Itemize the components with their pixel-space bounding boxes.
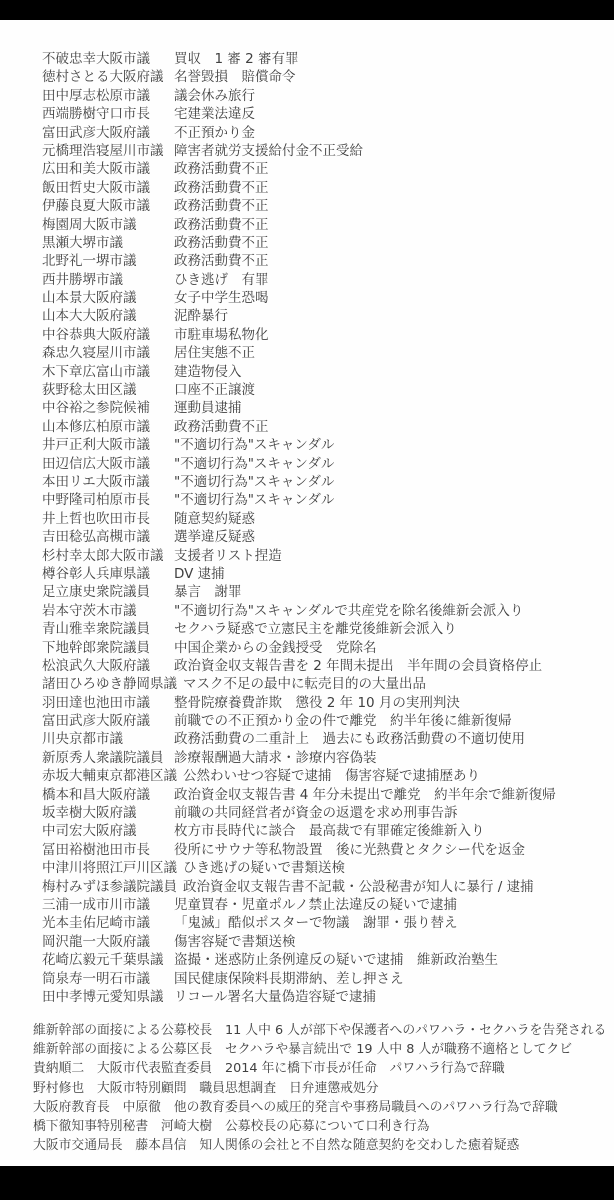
person-name: 山本修広柏原市議 <box>42 418 174 436</box>
table-row: 徳村さとる大阪府議 名誉毀損 賠償命令 <box>42 68 610 86</box>
table-row: 新原秀人衆議院議員 診療報酬過大請求・診療内容偽装 <box>42 749 610 767</box>
scandal-description: セクハラ疑惑で立憲民主を離党後維新会派入り <box>174 620 457 638</box>
scandal-description: 整骨院療養費詐欺 懲役 2 年 10 月の実刑判決 <box>174 694 460 712</box>
scandal-list-page: 不破忠幸大阪市議 買収 1 審 2 審有罪 徳村さとる大阪府議 名誉毀損 賠償命… <box>0 20 614 1166</box>
table-row: 松浪武久大阪府議 政治資金収支報告書を 2 年間未提出 半年間の会員資格停止 <box>42 657 610 675</box>
table-row: 川央京都市議 政務活動費の二重計上 過去にも政務活動費の不適切使用 <box>42 730 610 748</box>
table-row: 坂幸樹大阪府議 前職の共同経営者が資金の返還を求め刑事告訴 <box>42 804 610 822</box>
scandal-description: 支援者リスト捏造 <box>174 547 282 565</box>
person-name: 山本大大阪府議 <box>42 307 174 325</box>
scandal-description: "不適切行為"スキャンダル <box>174 473 334 491</box>
table-row: 中谷裕之参院候補 運動員逮捕 <box>42 399 610 417</box>
scandal-description: 児童買春・児童ポルノ禁止法違反の疑いで逮捕 <box>174 896 457 914</box>
table-row: 青山雅幸衆院議員 セクハラ疑惑で立憲民主を離党後維新会派入り <box>42 620 610 638</box>
table-row: 筒泉寿一明石市議 国民健康保険料長期滞納、差し押さえ <box>42 970 610 988</box>
person-name: 杉村幸太郎大阪市議 <box>42 547 174 565</box>
scandal-description: 不正預かり金 <box>174 124 255 142</box>
officials-scandal-notes: 維新幹部の面接による公募校長 11 人中 6 人が部下や保護者へのパワハラ・セク… <box>33 1021 612 1155</box>
table-row: 飯田哲史大阪市議 政務活動費不正 <box>42 179 610 197</box>
table-row: 井上哲也吹田市長 随意契約疑惑 <box>42 510 610 528</box>
scandal-description: 役所にサウナ等私物設置 後に光熱費とタクシー代を返金 <box>174 841 525 859</box>
scandal-description: 宅建業法違反 <box>174 105 255 123</box>
person-name: 中谷裕之参院候補 <box>42 399 174 417</box>
note-line: 橋下徹知事特別秘書 河崎大樹 公募校長の応募について口利き行為 <box>33 1117 612 1136</box>
table-row: 山本大大阪府議 泥酔暴行 <box>42 307 610 325</box>
person-name: 田辺信広大阪市議 <box>42 455 174 473</box>
person-name: 伊藤良夏大阪市議 <box>42 197 174 215</box>
table-row: 井戸正利大阪市議 "不適切行為"スキャンダル <box>42 436 610 454</box>
letterbox-top-bar <box>0 0 614 20</box>
note-line: 維新幹部の面接による公募区長 セクハラや暴言続出で 19 人中 8 人が職務不適… <box>33 1040 612 1059</box>
person-name: 光本圭佑尼崎市議 <box>42 914 174 932</box>
scandal-description: 政務活動費の二重計上 過去にも政務活動費の不適切使用 <box>174 730 525 748</box>
person-name: 羽田達也池田市議 <box>42 694 174 712</box>
scandal-description: "不適切行為"スキャンダルで共産党を除名後維新会派入り <box>174 602 523 620</box>
person-name: 井上哲也吹田市長 <box>42 510 174 528</box>
scandal-description: 運動員逮捕 <box>174 399 242 417</box>
person-name: 中野隆司柏原市長 <box>42 491 174 509</box>
table-row: 岩本守茨木市議 "不適切行為"スキャンダルで共産党を除名後維新会派入り <box>42 602 610 620</box>
table-row: 岡沢龍一大阪府議 傷害容疑で書類送検 <box>42 933 610 951</box>
scandal-description: 政治資金収支報告書不記載・公設秘書が知人に暴行 / 逮捕 <box>183 878 534 896</box>
scandal-description: 国民健康保険料長期滞納、差し押さえ <box>174 970 404 988</box>
table-row: 中谷恭典大阪府議 市駐車場私物化 <box>42 326 610 344</box>
scandal-description: DV 逮捕 <box>174 565 225 583</box>
scandal-description: 随意契約疑惑 <box>174 510 255 528</box>
scandal-description: 前職の共同経営者が資金の返還を求め刑事告訴 <box>174 804 458 822</box>
person-name: 黒瀬大堺市議 <box>42 234 174 252</box>
table-row: 花崎広毅元千葉県議 盗撮・迷惑防止条例違反の疑いで逮捕 維新政治塾生 <box>42 951 610 969</box>
table-row: 伊藤良夏大阪市議 政務活動費不正 <box>42 197 610 215</box>
note-line: 大阪市交通局長 藤本昌信 知人関係の会社と不自然な随意契約を交わした癒着疑惑 <box>33 1136 612 1155</box>
scandal-description: 居住実態不正 <box>174 344 255 362</box>
scandal-description: 前職での不正預かり金の件で離党 約半年後に維新復帰 <box>174 712 512 730</box>
person-name: 木下章広富山市議 <box>42 363 174 381</box>
scandal-description: 政務活動費不正 <box>174 418 269 436</box>
table-row: 下地幹郎衆院議員 中国企業からの金銭授受 党除名 <box>42 639 610 657</box>
person-name: 坂幸樹大阪府議 <box>42 804 174 822</box>
note-line: 野村修也 大阪市特別顧問 職員思想調査 日弁連懲戒処分 <box>33 1079 612 1098</box>
person-name: 三浦一成市川市議 <box>42 896 174 914</box>
scandal-description: 政治資金収支報告書を 2 年間未提出 半年間の会員資格停止 <box>174 657 542 675</box>
scandal-description: 政務活動費不正 <box>174 179 269 197</box>
table-row: 富田武彦大阪府議 不正預かり金 <box>42 124 610 142</box>
table-row: 富田武彦大阪府議 前職での不正預かり金の件で離党 約半年後に維新復帰 <box>42 712 610 730</box>
person-name: 飯田哲史大阪市議 <box>42 179 174 197</box>
person-name: 橋本和昌大阪府議 <box>42 786 174 804</box>
table-row: 杉村幸太郎大阪市議 支援者リスト捏造 <box>42 547 610 565</box>
table-row: 西井勝堺市議 ひき逃げ 有罪 <box>42 271 610 289</box>
table-row: 樽谷彰人兵庫県議 DV 逮捕 <box>42 565 610 583</box>
table-row: 山本修広柏原市議 政務活動費不正 <box>42 418 610 436</box>
table-row: 田辺信広大阪市議 "不適切行為"スキャンダル <box>42 455 610 473</box>
person-name: 田中孝博元愛知県議 <box>42 988 174 1006</box>
screenshot-root: 不破忠幸大阪市議 買収 1 審 2 審有罪 徳村さとる大阪府議 名誉毀損 賠償命… <box>0 0 614 1200</box>
scandal-description: 政務活動費不正 <box>174 160 269 178</box>
scandal-description: "不適切行為"スキャンダル <box>174 436 334 454</box>
scandal-description: 名誉毀損 賠償命令 <box>174 68 296 86</box>
person-name: 筒泉寿一明石市議 <box>42 970 174 988</box>
person-name: 元橋理浩寝屋川市議 <box>42 142 174 160</box>
scandal-description: マスク不足の最中に転売目的の大量出品 <box>183 675 426 693</box>
person-name: 本田リエ大阪市議 <box>42 473 174 491</box>
scandal-description: 泥酔暴行 <box>174 307 228 325</box>
politician-scandal-list: 不破忠幸大阪市議 買収 1 審 2 審有罪 徳村さとる大阪府議 名誉毀損 賠償命… <box>42 50 610 1006</box>
scandal-description: 政務活動費不正 <box>174 252 269 270</box>
person-name: 川央京都市議 <box>42 730 174 748</box>
person-name: 吉田稔弘高槻市議 <box>42 528 174 546</box>
scandal-description: 中国企業からの金銭授受 党除名 <box>174 639 377 657</box>
scandal-description: 政務活動費不正 <box>174 234 269 252</box>
table-row: 西端勝樹守口市長 宅建業法違反 <box>42 105 610 123</box>
scandal-description: 診療報酬過大請求・診療内容偽装 <box>174 749 377 767</box>
scandal-description: 政務活動費不正 <box>174 197 269 215</box>
person-name: 中津川将照江戸川区議 <box>42 859 183 877</box>
person-name: 徳村さとる大阪府議 <box>42 68 174 86</box>
table-row: 梅園周大阪市議 政務活動費不正 <box>42 216 610 234</box>
scandal-description: 買収 1 審 2 審有罪 <box>174 50 299 68</box>
person-name: 下地幹郎衆院議員 <box>42 639 174 657</box>
scandal-description: 障害者就労支援給付金不正受給 <box>174 142 363 160</box>
scandal-description: 建造物侵入 <box>174 363 242 381</box>
table-row: 中司宏大阪府議 枚方市長時代に談合 最高裁で有罪確定後維新入り <box>42 822 610 840</box>
scandal-description: 傷害容疑で書類送検 <box>174 933 296 951</box>
person-name: 荻野稔太田区議 <box>42 381 174 399</box>
person-name: 梅村みずほ参議院議員 <box>42 878 183 896</box>
person-name: 森忠久寝屋川市議 <box>42 344 174 362</box>
note-line: 維新幹部の面接による公募校長 11 人中 6 人が部下や保護者へのパワハラ・セク… <box>33 1021 612 1040</box>
person-name: 足立康史衆院議員 <box>42 583 174 601</box>
table-row: 梅村みずほ参議院議員 政治資金収支報告書不記載・公設秘書が知人に暴行 / 逮捕 <box>42 878 610 896</box>
person-name: 梅園周大阪市議 <box>42 216 174 234</box>
person-name: 山本景大阪府議 <box>42 289 174 307</box>
table-row: 足立康史衆院議員 暴言 謝罪 <box>42 583 610 601</box>
note-line: 貴納順二 大阪市代表監査委員 2014 年に橋下市長が任命 パワハラ行為で辞職 <box>33 1059 612 1078</box>
person-name: 西端勝樹守口市長 <box>42 105 174 123</box>
letterbox-bottom-bar <box>0 1166 614 1200</box>
table-row: 中野隆司柏原市長 "不適切行為"スキャンダル <box>42 491 610 509</box>
person-name: 松浪武久大阪府議 <box>42 657 174 675</box>
table-row: 荻野稔太田区議 口座不正譲渡 <box>42 381 610 399</box>
scandal-description: 女子中学生恐喝 <box>174 289 269 307</box>
table-row: 山本景大阪府議 女子中学生恐喝 <box>42 289 610 307</box>
table-row: 諸田ひろゆき静岡県議 マスク不足の最中に転売目的の大量出品 <box>42 675 610 693</box>
table-row: 三浦一成市川市議 児童買春・児童ポルノ禁止法違反の疑いで逮捕 <box>42 896 610 914</box>
table-row: 橋本和昌大阪府議 政治資金収支報告書 4 年分未提出で離党 約半年余で維新復帰 <box>42 786 610 804</box>
scandal-description: 選挙違反疑惑 <box>174 528 255 546</box>
table-row: 吉田稔弘高槻市議 選挙違反疑惑 <box>42 528 610 546</box>
person-name: 富田武彦大阪府議 <box>42 712 174 730</box>
person-name: 青山雅幸衆院議員 <box>42 620 174 638</box>
person-name: 樽谷彰人兵庫県議 <box>42 565 174 583</box>
table-row: 森忠久寝屋川市議 居住実態不正 <box>42 344 610 362</box>
person-name: 中司宏大阪府議 <box>42 822 174 840</box>
person-name: 西井勝堺市議 <box>42 271 174 289</box>
person-name: 諸田ひろゆき静岡県議 <box>42 675 183 693</box>
scandal-description: 枚方市長時代に談合 最高裁で有罪確定後維新入り <box>174 822 485 840</box>
scandal-description: 公然わいせつ容疑で逮捕 傷害容疑で逮捕歴あり <box>183 767 480 785</box>
person-name: 井戸正利大阪市議 <box>42 436 174 454</box>
person-name: 北野礼一堺市議 <box>42 252 174 270</box>
table-row: 中津川将照江戸川区議 ひき逃げの疑いで書類送検 <box>42 859 610 877</box>
person-name: 田中厚志松原市議 <box>42 87 174 105</box>
scandal-description: 議会休み旅行 <box>174 87 255 105</box>
scandal-description: "不適切行為"スキャンダル <box>174 455 334 473</box>
table-row: 田中厚志松原市議 議会休み旅行 <box>42 87 610 105</box>
table-row: 北野礼一堺市議 政務活動費不正 <box>42 252 610 270</box>
table-row: 黒瀬大堺市議 政務活動費不正 <box>42 234 610 252</box>
table-row: 冨田裕樹池田市長 役所にサウナ等私物設置 後に光熱費とタクシー代を返金 <box>42 841 610 859</box>
table-row: 広田和美大阪市議 政務活動費不正 <box>42 160 610 178</box>
person-name: 不破忠幸大阪市議 <box>42 50 174 68</box>
scandal-description: 市駐車場私物化 <box>174 326 269 344</box>
person-name: 冨田裕樹池田市長 <box>42 841 174 859</box>
table-row: 不破忠幸大阪市議 買収 1 審 2 審有罪 <box>42 50 610 68</box>
table-row: 赤坂大輔東京都港区議 公然わいせつ容疑で逮捕 傷害容疑で逮捕歴あり <box>42 767 610 785</box>
person-name: 富田武彦大阪府議 <box>42 124 174 142</box>
table-row: 田中孝博元愛知県議 リコール署名大量偽造容疑で逮捕 <box>42 988 610 1006</box>
scandal-description: "不適切行為"スキャンダル <box>174 491 334 509</box>
note-line: 大阪府教育長 中原徹 他の教育委員への威圧的発言や事務局職員へのパワハラ行為で辞… <box>33 1098 612 1117</box>
scandal-description: リコール署名大量偽造容疑で逮捕 <box>174 988 376 1006</box>
table-row: 羽田達也池田市議 整骨院療養費詐欺 懲役 2 年 10 月の実刑判決 <box>42 694 610 712</box>
person-name: 赤坂大輔東京都港区議 <box>42 767 183 785</box>
scandal-description: ひき逃げ 有罪 <box>174 271 269 289</box>
scandal-description: 口座不正譲渡 <box>174 381 255 399</box>
scandal-description: 政務活動費不正 <box>174 216 269 234</box>
scandal-description: 盗撮・迷惑防止条例違反の疑いで逮捕 維新政治塾生 <box>174 951 498 969</box>
table-row: 本田リエ大阪市議 "不適切行為"スキャンダル <box>42 473 610 491</box>
person-name: 広田和美大阪市議 <box>42 160 174 178</box>
table-row: 木下章広富山市議 建造物侵入 <box>42 363 610 381</box>
person-name: 花崎広毅元千葉県議 <box>42 951 174 969</box>
scandal-description: 暴言 謝罪 <box>174 583 242 601</box>
person-name: 岡沢龍一大阪府議 <box>42 933 174 951</box>
table-row: 元橋理浩寝屋川市議 障害者就労支援給付金不正受給 <box>42 142 610 160</box>
person-name: 岩本守茨木市議 <box>42 602 174 620</box>
scandal-description: ひき逃げの疑いで書類送検 <box>183 859 345 877</box>
scandal-description: 政治資金収支報告書 4 年分未提出で離党 約半年余で維新復帰 <box>174 786 556 804</box>
table-row: 光本圭佑尼崎市議 「鬼滅」酷似ポスターで物議 謝罪・張り替え <box>42 914 610 932</box>
person-name: 中谷恭典大阪府議 <box>42 326 174 344</box>
scandal-description: 「鬼滅」酷似ポスターで物議 謝罪・張り替え <box>174 914 458 932</box>
person-name: 新原秀人衆議院議員 <box>42 749 174 767</box>
